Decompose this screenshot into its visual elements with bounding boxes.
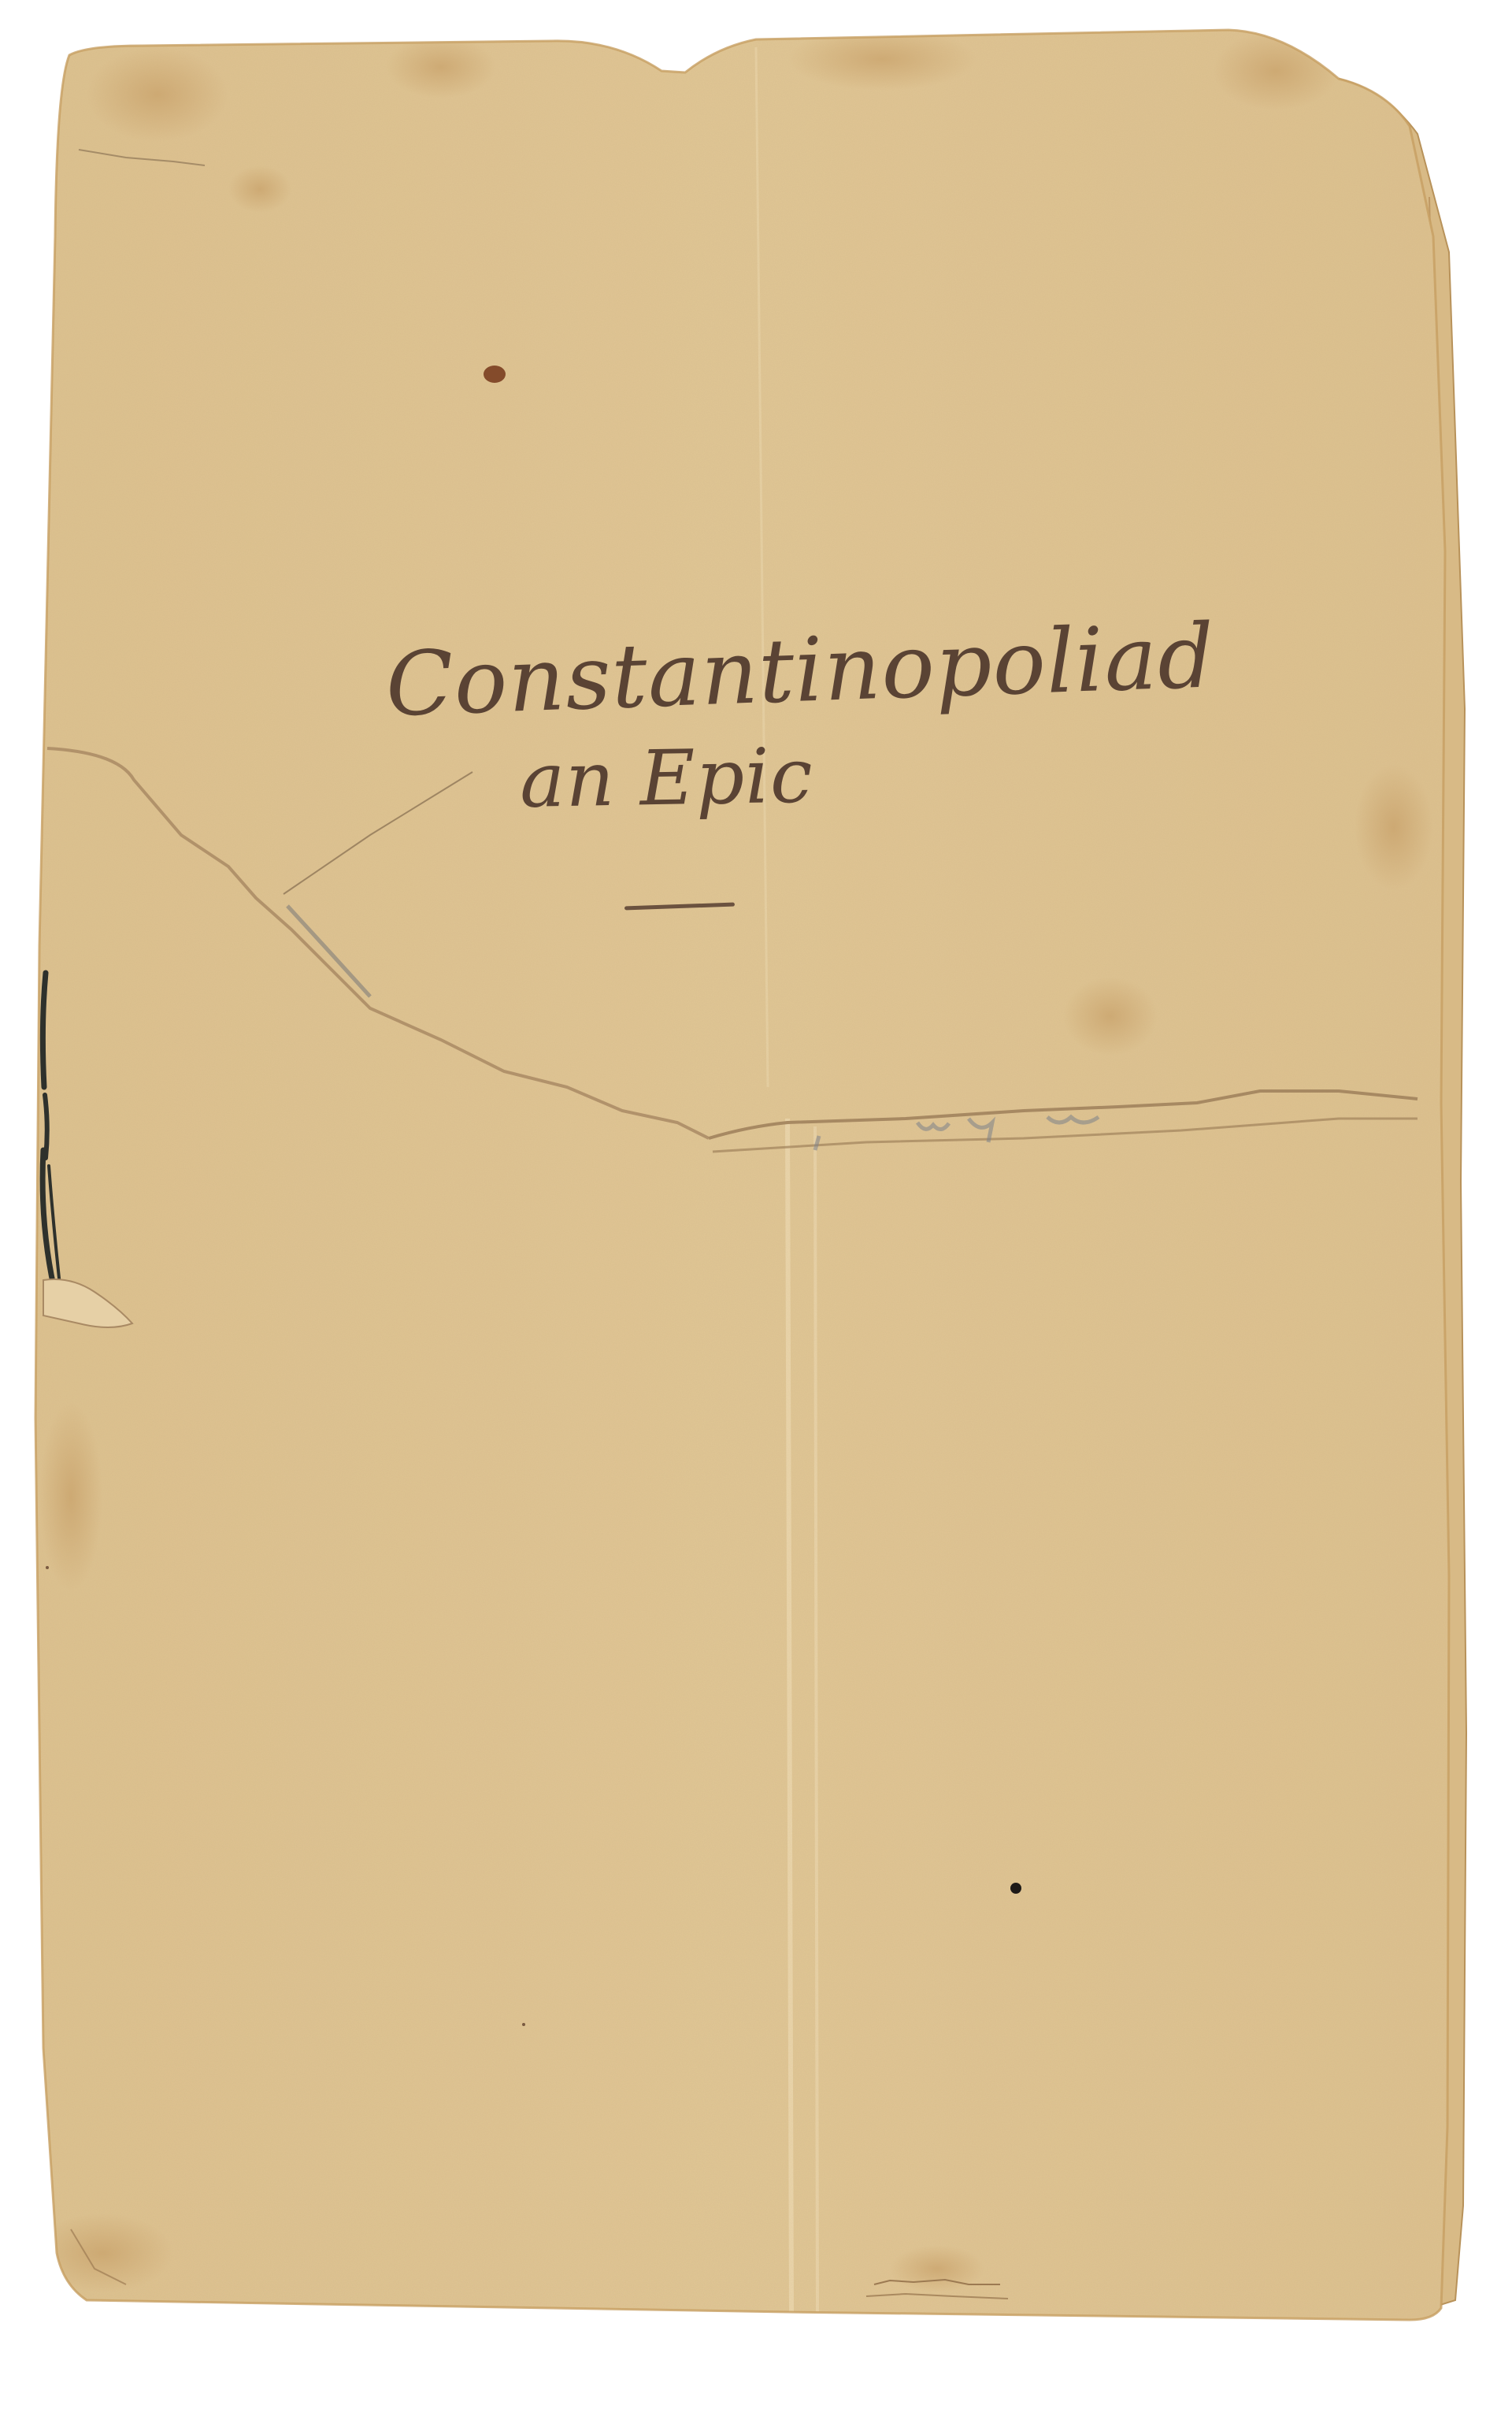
ink-dot xyxy=(1010,1883,1021,1894)
paper-sheet xyxy=(0,0,1512,2416)
handwritten-subtitle: an Epic xyxy=(519,732,813,825)
ink-blot xyxy=(484,366,506,383)
manuscript-cover: Constantinopoliad an Epic xyxy=(0,0,1512,2416)
